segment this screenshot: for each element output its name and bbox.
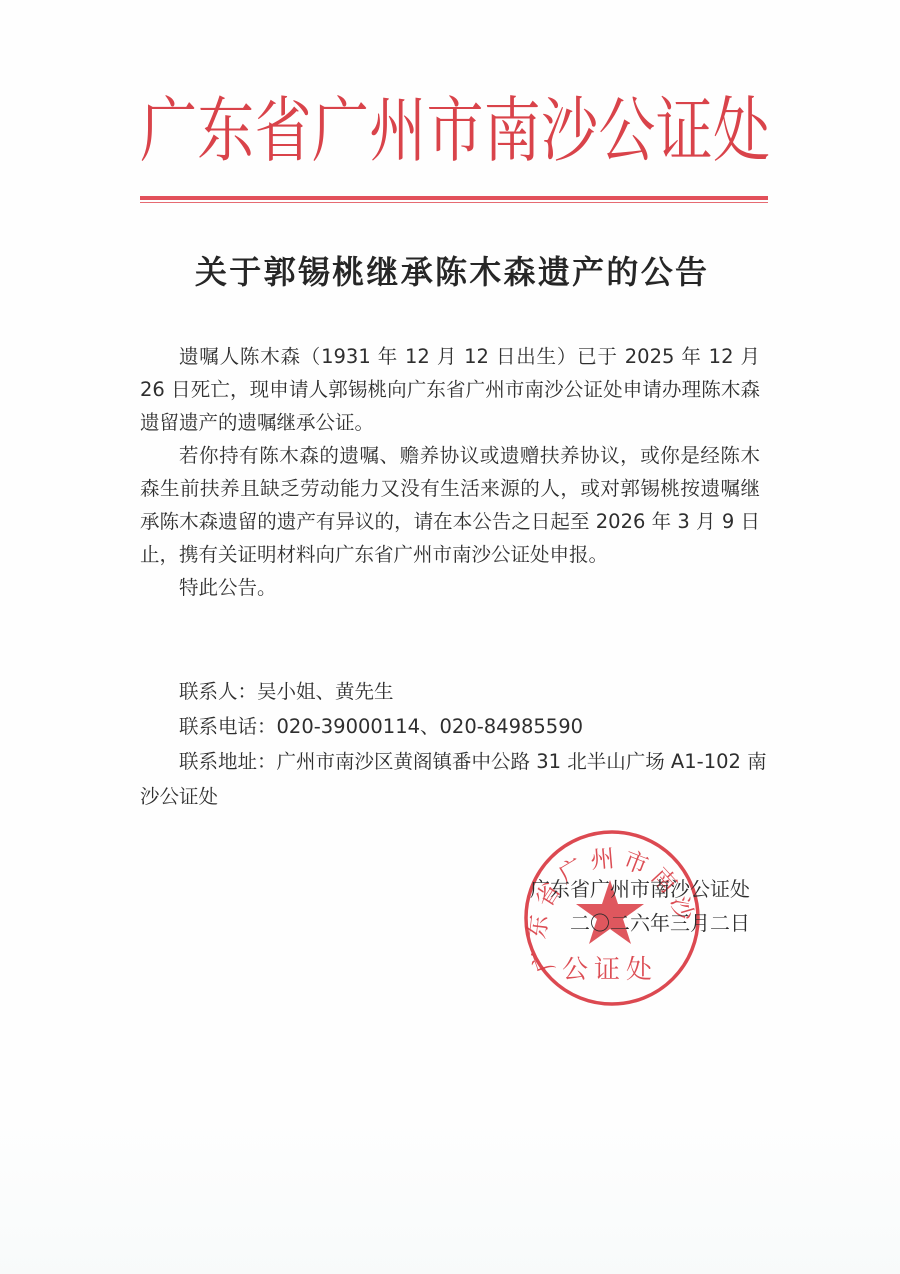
paragraph-3: 特此公告。 (140, 571, 760, 604)
scan-shading (0, 1114, 900, 1274)
document-body: 遗嘱人陈木森（1931 年 12 月 12 日出生）已于 2025 年 12 月… (140, 340, 760, 604)
document-title: 关于郭锡桃继承陈木森遗产的公告 (195, 252, 707, 292)
paragraph-1: 遗嘱人陈木森（1931 年 12 月 12 日出生）已于 2025 年 12 月… (140, 340, 760, 439)
paragraph-2: 若你持有陈木森的遗嘱、赡养协议或遗赠扶养协议，或你是经陈木森生前扶养且缺乏劳动能… (140, 439, 760, 571)
signature-block: 广东省广州市南沙公证处 二〇二六年三月二日 (530, 872, 750, 940)
signature-org: 广东省广州市南沙公证处 (530, 872, 750, 906)
document-page: 广东省广州市南沙公证处 关于郭锡桃继承陈木森遗产的公告 遗嘱人陈木森（1931 … (0, 0, 900, 1274)
letterhead-org-name: 广东省广州市南沙公证处 (140, 75, 770, 188)
letterhead-rule-thin (140, 202, 768, 203)
contact-block: 联系人：吴小姐、黄先生 联系电话：020-39000114、020-849855… (140, 674, 770, 814)
letterhead-rule-thick (140, 196, 768, 200)
contact-address: 联系地址：广州市南沙区黄阁镇番中公路 31 北半山广场 A1-102 南沙公证处 (140, 744, 770, 814)
seal-bottom-text: 公证处 (562, 955, 658, 985)
contact-person: 联系人：吴小姐、黄先生 (140, 674, 770, 709)
signature-date: 二〇二六年三月二日 (530, 906, 750, 940)
contact-phone: 联系电话：020-39000114、020-84985590 (140, 709, 770, 744)
